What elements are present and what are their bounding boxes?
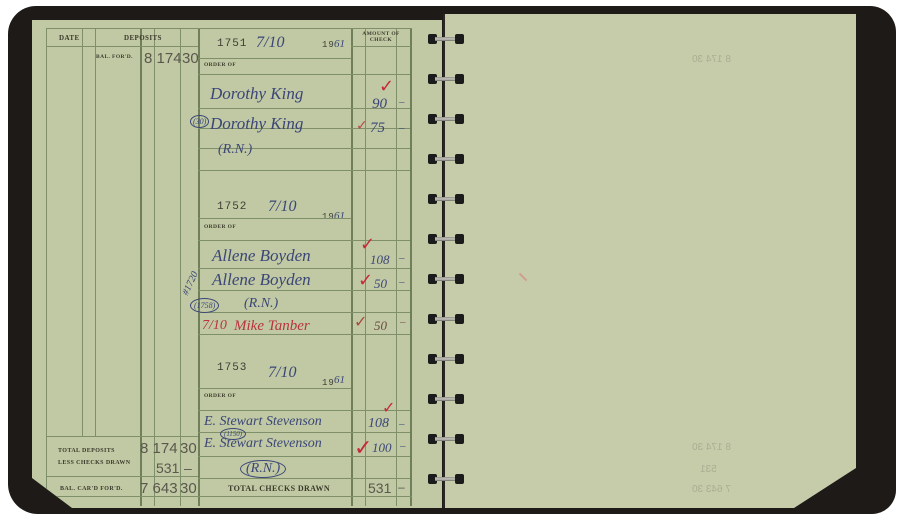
check-amount: 108 xyxy=(370,252,390,268)
check-amount: 100 xyxy=(372,440,392,456)
spiral-ring-icon xyxy=(428,354,464,364)
year-suffix: 61 xyxy=(334,374,345,386)
order-of-label: ORDER OF xyxy=(204,62,236,68)
payee-line: Allene Boyden xyxy=(212,270,311,290)
check-date: 7/10 xyxy=(268,198,296,216)
less-checks-drawn-label: LESS CHECKS DRAWN xyxy=(58,460,130,466)
red-ink-mark xyxy=(519,273,527,281)
check-date: 7/10 xyxy=(256,34,284,52)
spiral-ring-icon xyxy=(428,154,464,164)
less-checks-dollars: 531 xyxy=(156,460,179,476)
spiral-ring-icon xyxy=(428,194,464,204)
bleed-through-text: 8 174 30 xyxy=(692,54,731,65)
check-mark-icon: ✓ xyxy=(382,398,395,417)
total-checks-drawn-cents: – xyxy=(398,480,405,494)
cents-dash: – xyxy=(400,440,406,452)
payee-annotation: (R.N.) xyxy=(218,142,252,158)
blank-facing-page: 8 174 30 8 174 30 531 7 643 30 xyxy=(444,14,856,508)
bleed-through-text: 8 174 30 xyxy=(692,442,731,453)
spiral-ring-icon xyxy=(428,34,464,44)
check-mark-icon: ✓ xyxy=(354,436,372,461)
cents-dash: – xyxy=(399,276,405,288)
check-amount: 50 xyxy=(374,318,387,334)
bal-carried-cents: 30 xyxy=(180,480,197,497)
total-deposits-dollars: 8 174 xyxy=(140,440,178,457)
bleed-through-text: 7 643 30 xyxy=(692,484,731,495)
check-amount: 90 xyxy=(372,96,387,113)
payee-line: E. Stewart Stevenson xyxy=(204,414,322,430)
cents-dash: – xyxy=(399,96,405,108)
order-of-label: ORDER OF xyxy=(204,393,236,399)
check-mark-icon: ✓ xyxy=(358,270,373,291)
check-date: 7/10 xyxy=(268,364,296,382)
bal-carried-forward-label: BAL. CAR'D FOR'D. xyxy=(60,486,123,492)
deposits-header: DEPOSITS xyxy=(124,34,162,42)
spiral-binding xyxy=(428,34,464,494)
check-amount: 108 xyxy=(368,416,389,432)
bal-forward-dollars: 8 174 xyxy=(144,50,182,67)
year-suffix: 61 xyxy=(334,38,345,50)
check-amount: 75 xyxy=(370,120,385,137)
spiral-ring-icon xyxy=(428,274,464,284)
spiral-ring-icon xyxy=(428,234,464,244)
payee-line: Allene Boyden xyxy=(212,246,311,266)
spiral-ring-icon xyxy=(428,74,464,84)
total-checks-drawn-amount: 531 xyxy=(368,480,391,496)
cents-dash: – xyxy=(400,316,406,328)
bleed-through-text: 531 xyxy=(700,464,717,475)
cents-dash: – xyxy=(399,122,405,134)
circled-note: (30) xyxy=(190,115,209,128)
total-checks-drawn-label: TOTAL CHECKS DRAWN xyxy=(228,484,330,493)
payee-line: Dorothy King xyxy=(210,84,303,104)
check-number: 1753 xyxy=(217,362,247,374)
payee-annotation: (R.N.) xyxy=(244,296,278,312)
payee-annotation: (R.N.) xyxy=(240,460,286,478)
cents-dash: – xyxy=(399,418,405,430)
payee-line: Dorothy King xyxy=(210,114,303,134)
spiral-ring-icon xyxy=(428,434,464,444)
less-checks-cents: – xyxy=(184,460,192,476)
year-prefix: 19 xyxy=(322,212,335,222)
check-mark-icon: ✓ xyxy=(356,118,368,134)
payee-line: E. Stewart Stevenson xyxy=(204,436,322,452)
amount-of-check-header: AMOUNT OF CHECK xyxy=(358,31,404,43)
total-deposits-cents: 30 xyxy=(180,440,197,457)
date-header: DATE xyxy=(59,34,80,42)
payee-line-red: Mike Tanber xyxy=(234,318,310,335)
check-number: 1751 xyxy=(217,38,247,50)
check-mark-icon: ✓ xyxy=(379,76,394,97)
check-register-page: DATE DEPOSITS AMOUNT OF CHECK BAL. FOR'D… xyxy=(32,20,442,508)
spiral-ring-icon xyxy=(428,114,464,124)
check-number: 1752 xyxy=(217,201,247,213)
year-suffix: 61 xyxy=(334,210,345,222)
check-mark-icon: ✓ xyxy=(354,312,367,331)
spiral-ring-icon xyxy=(428,314,464,324)
late-entry-date: 7/10 xyxy=(202,318,227,334)
check-amount: 50 xyxy=(374,276,387,292)
bal-forward-label: BAL. FOR'D. xyxy=(96,54,133,60)
order-of-label: ORDER OF xyxy=(204,224,236,230)
spiral-ring-icon xyxy=(428,474,464,484)
cents-dash: – xyxy=(399,252,405,264)
bal-forward-cents: 30 xyxy=(182,50,199,67)
total-deposits-label: TOTAL DEPOSITS xyxy=(58,448,115,454)
spiral-ring-icon xyxy=(428,394,464,404)
circled-note: (1758) xyxy=(190,298,219,313)
bal-carried-dollars: 7 643 xyxy=(140,480,178,497)
year-prefix: 19 xyxy=(322,40,335,50)
year-prefix: 19 xyxy=(322,378,335,388)
